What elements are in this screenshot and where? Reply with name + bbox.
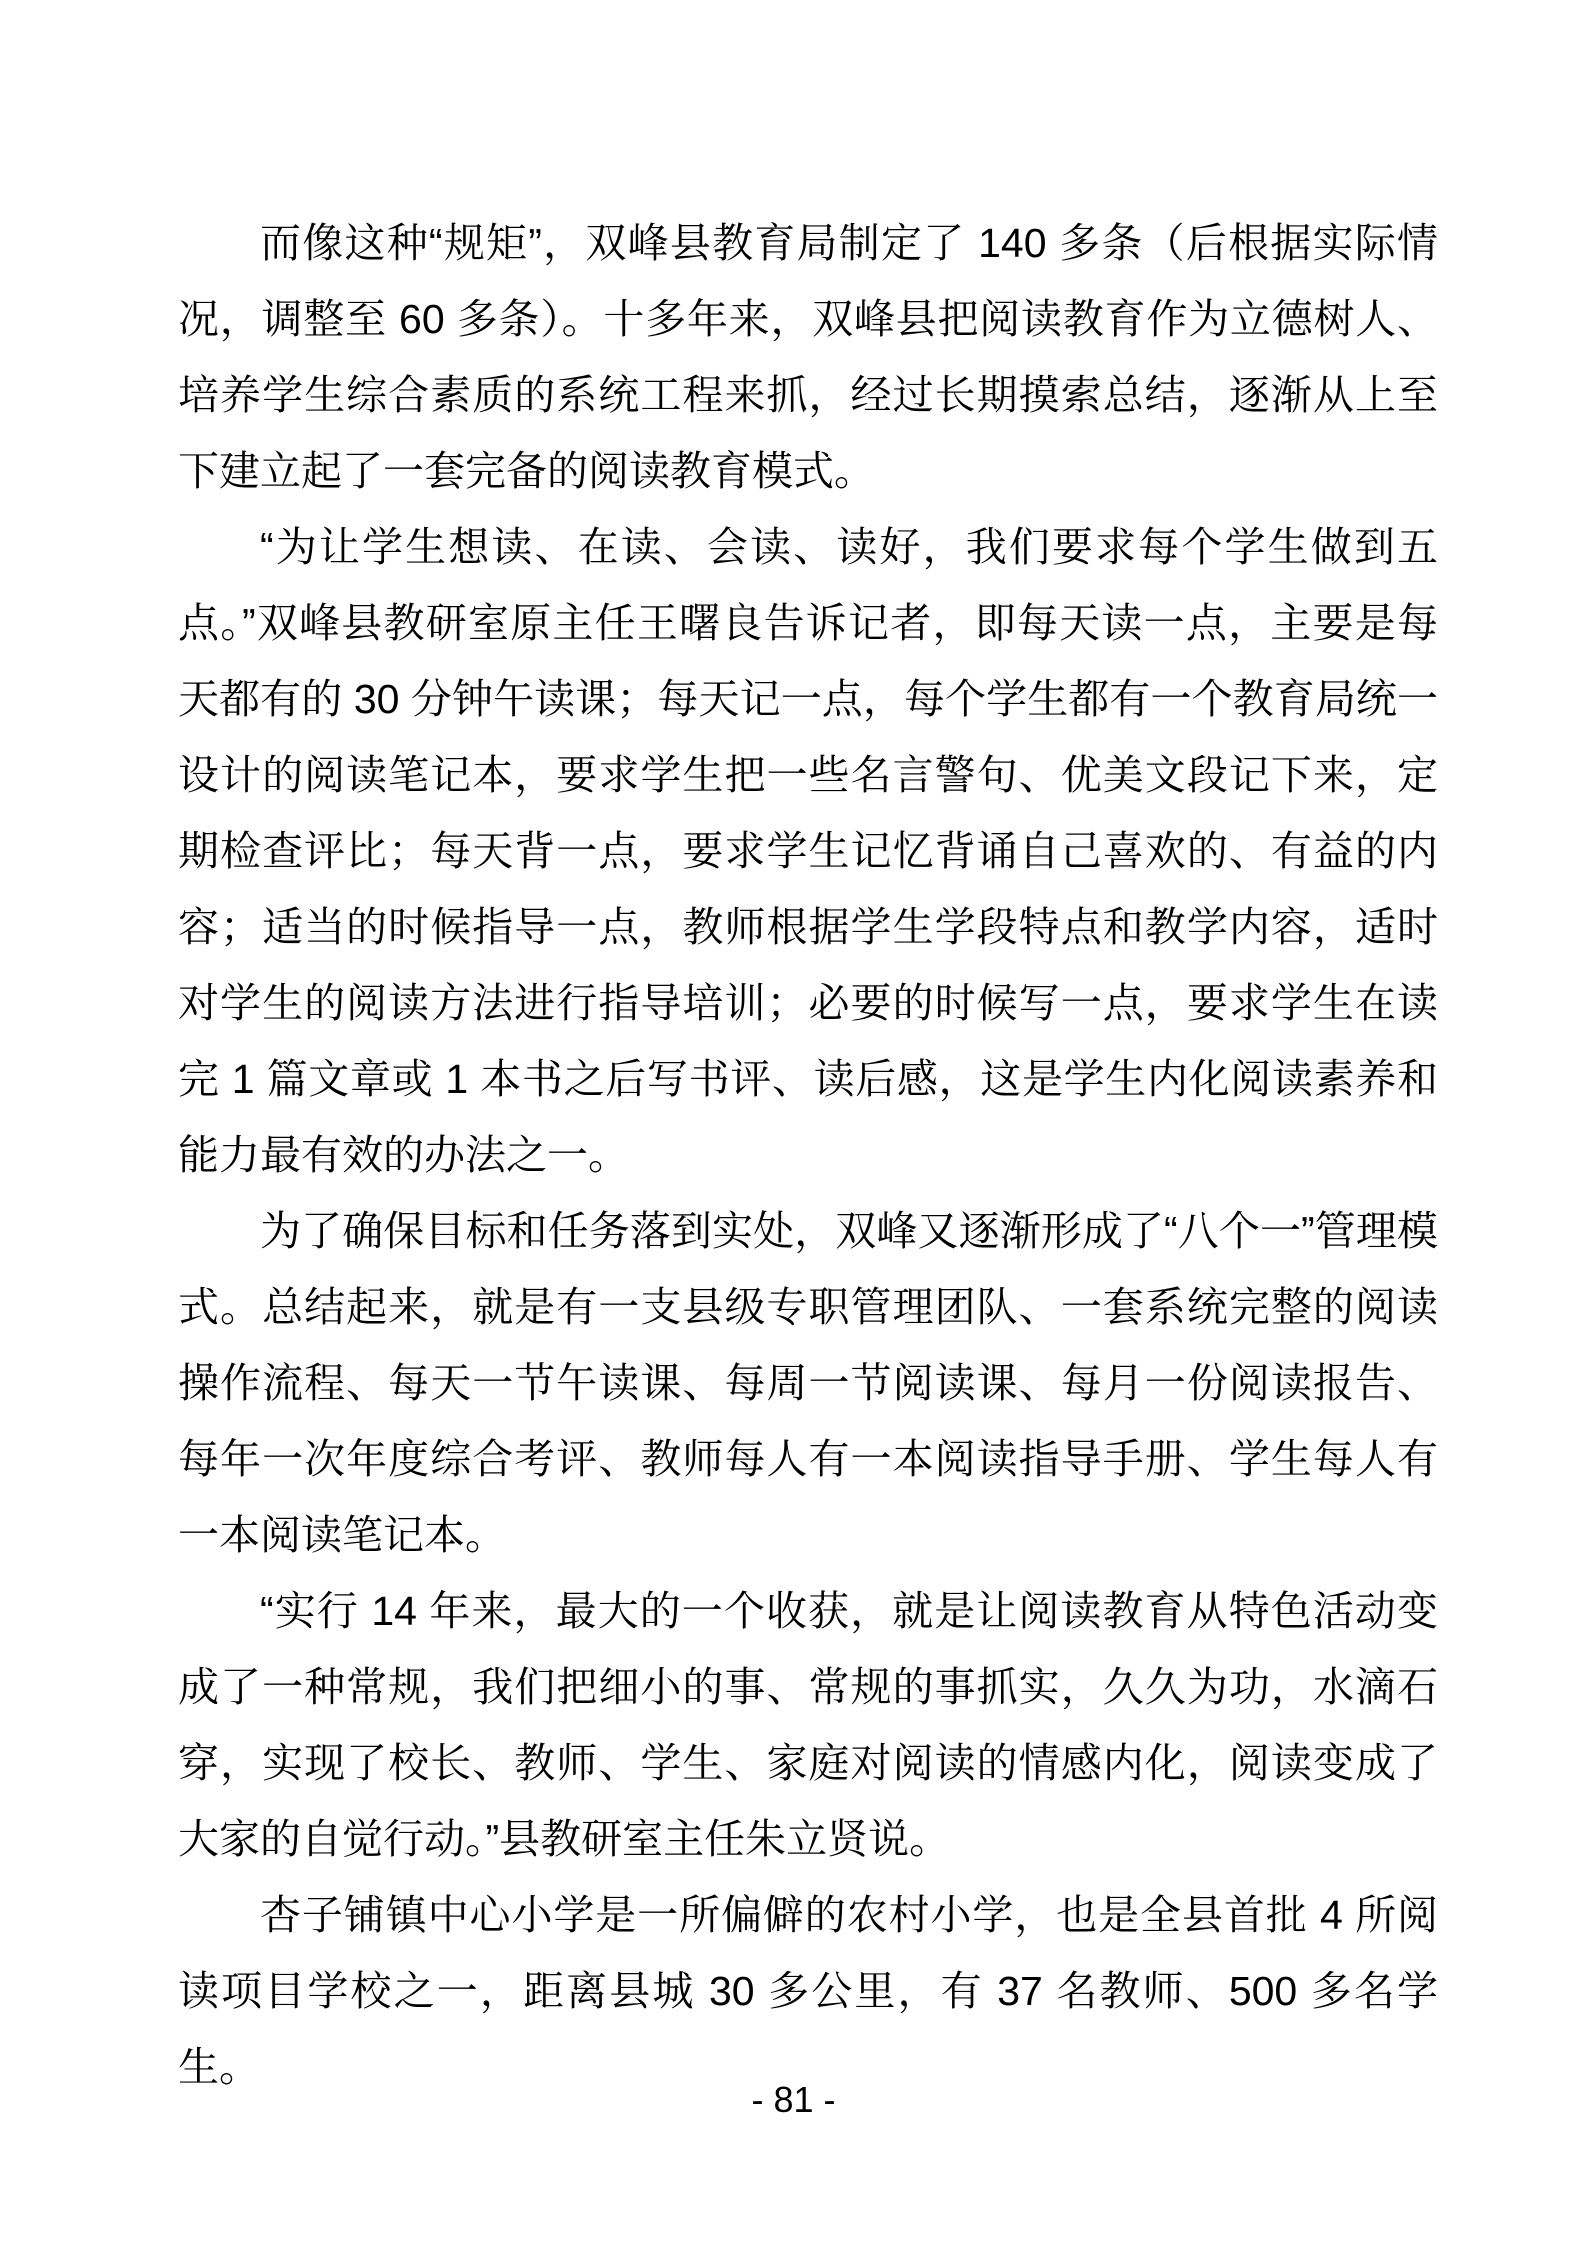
paragraph-14-years-quote: “实行 14 年来，最大的一个收获，就是让阅读教育从特色活动变成了一种常规，我们… <box>178 1573 1438 1877</box>
paragraph-rules-count: 而像这种“规矩”，双峰县教育局制定了 140 多条（后根据实际情况，调整至 60… <box>178 205 1438 509</box>
document-body: 而像这种“规矩”，双峰县教育局制定了 140 多条（后根据实际情况，调整至 60… <box>178 205 1438 2105</box>
paragraph-five-points: “为让学生想读、在读、会读、读好，我们要求每个学生做到五点。”双峰县教研室原主任… <box>178 509 1438 1193</box>
page-number: - 81 - <box>751 2079 835 2120</box>
paragraph-eight-ones: 为了确保目标和任务落到实处，双峰又逐渐形成了“八个一”管理模式。总结起来，就是有… <box>178 1193 1438 1573</box>
page-footer: - 81 - <box>0 2078 1587 2122</box>
paragraph-xingzipu-school: 杏子铺镇中心小学是一所偏僻的农村小学，也是全县首批 4 所阅读项目学校之一，距离… <box>178 1877 1438 2105</box>
document-page: 而像这种“规矩”，双峰县教育局制定了 140 多条（后根据实际情况，调整至 60… <box>0 0 1587 2245</box>
